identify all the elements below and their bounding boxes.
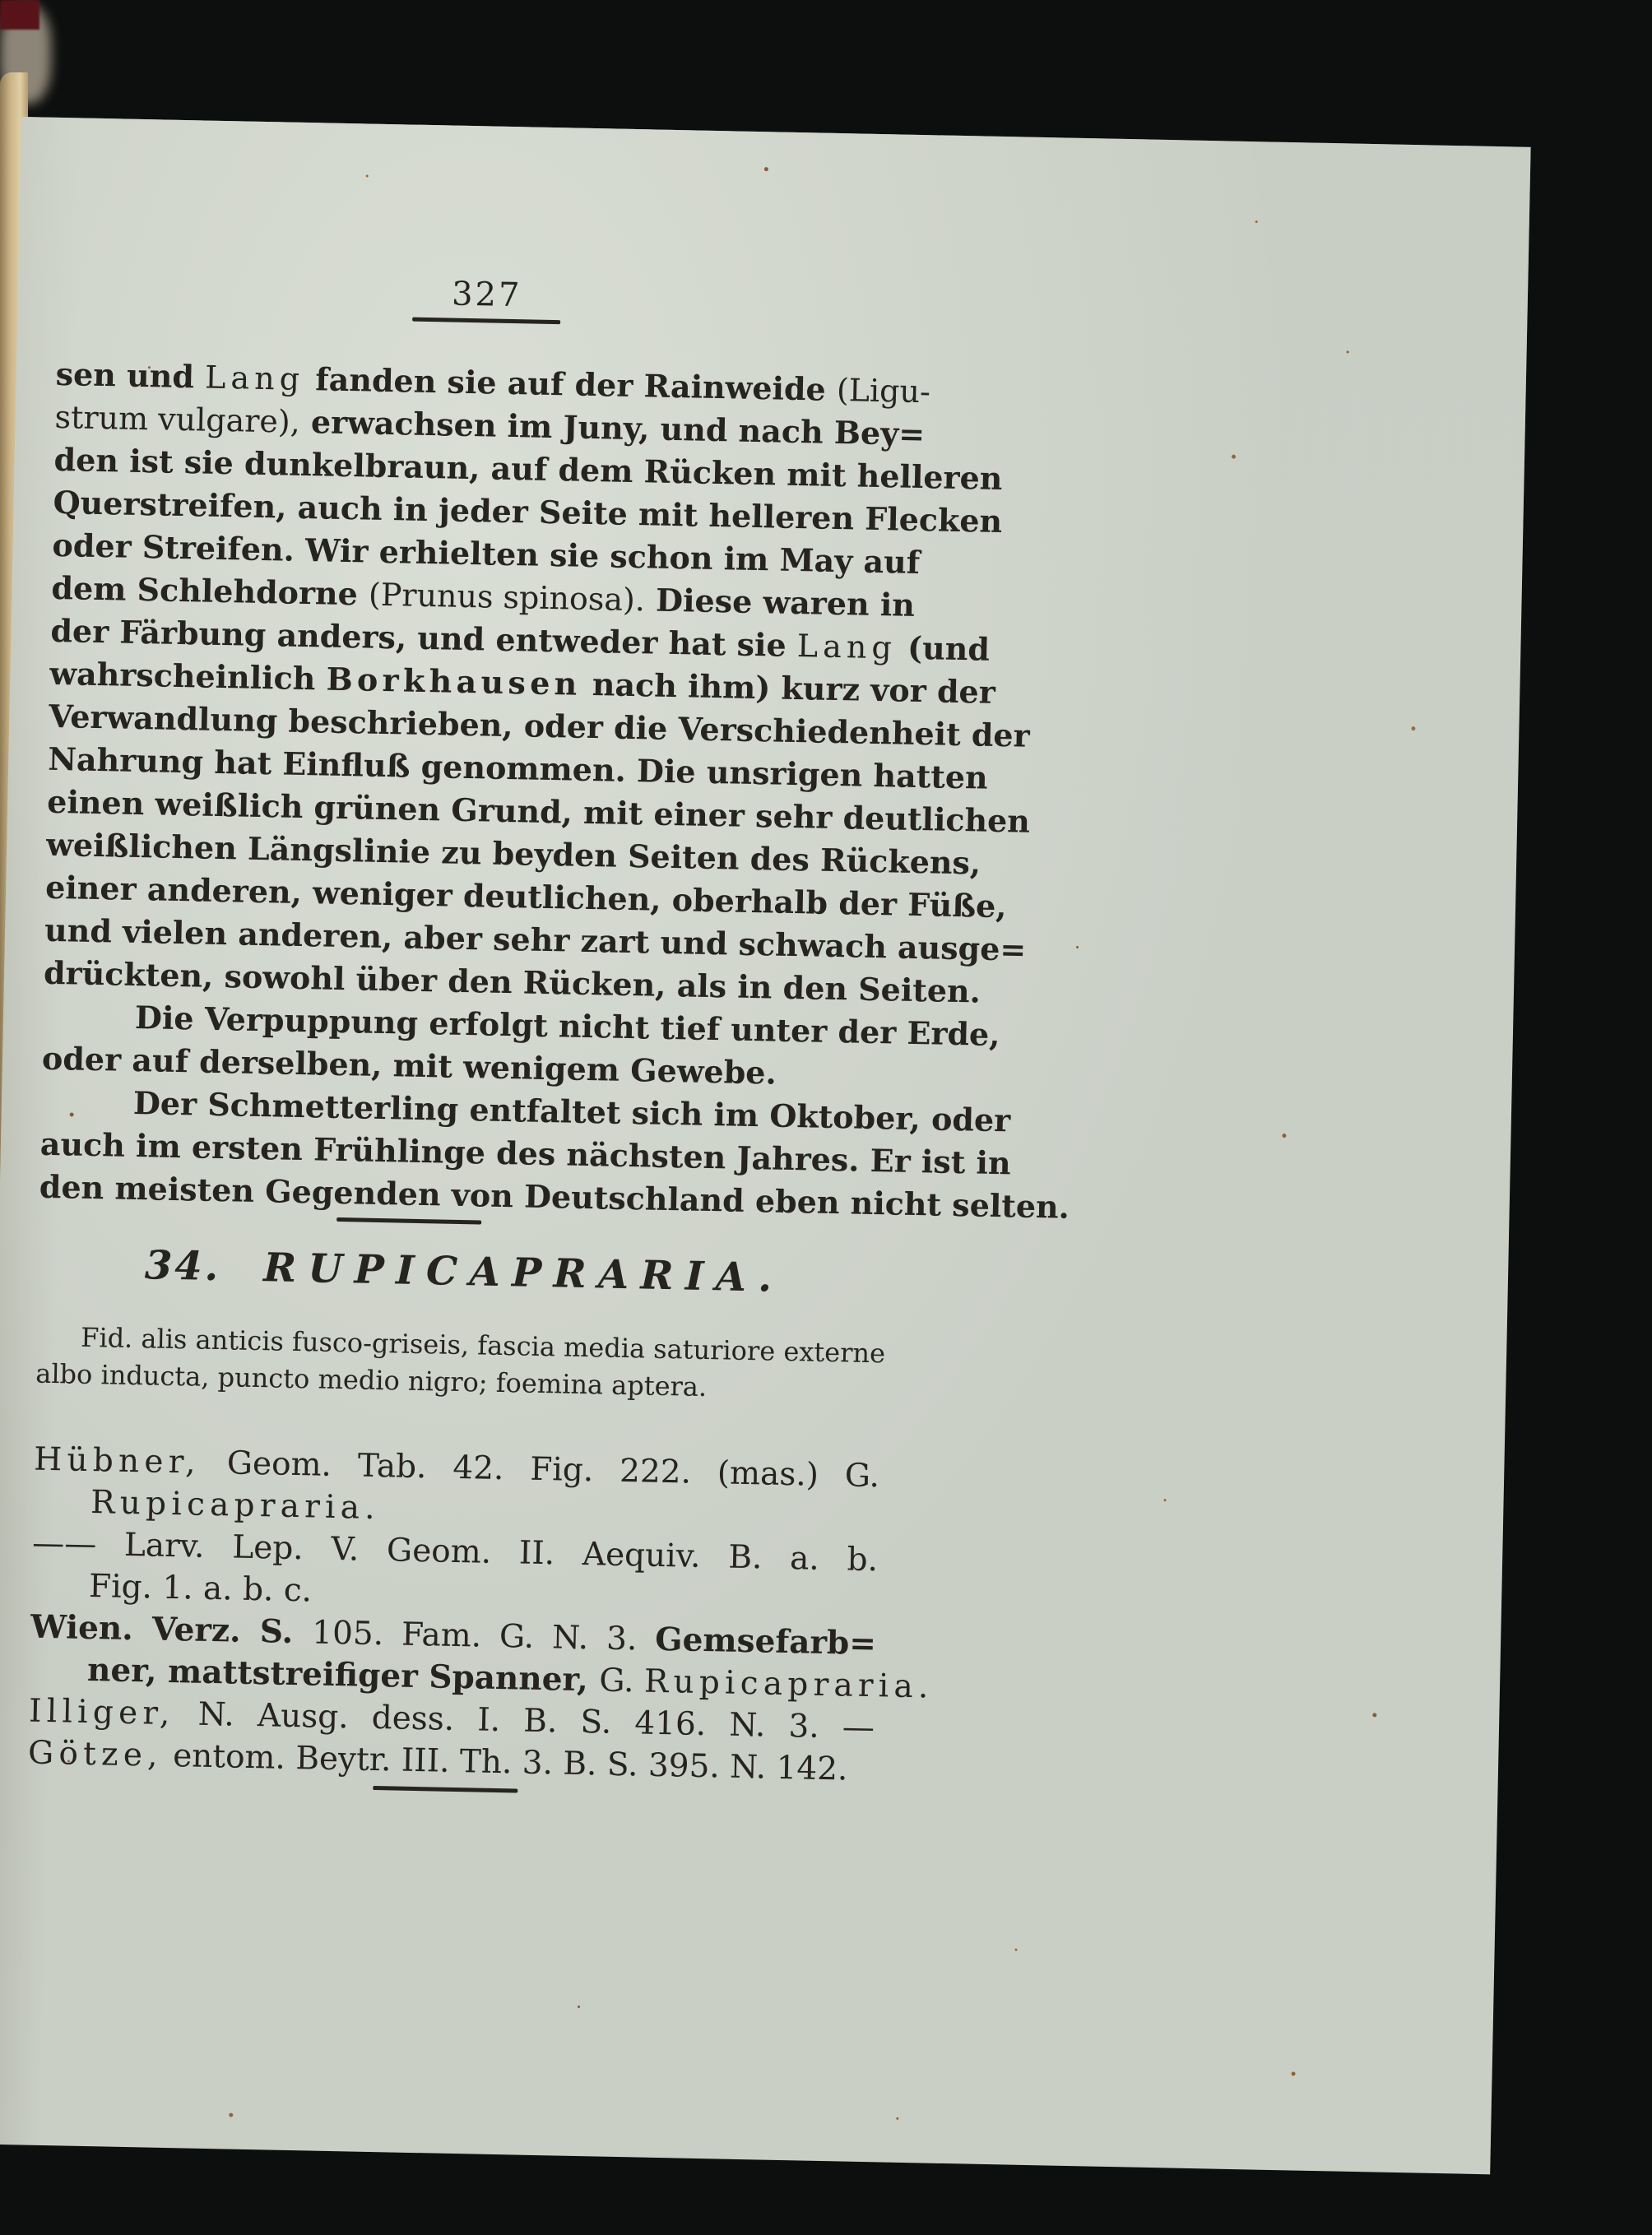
book-binding-red-edge — [0, 0, 39, 30]
text-segment: Hübner, — [34, 1441, 202, 1481]
text-segment: Rupicapraria. — [643, 1663, 934, 1706]
scan-background: 327 sen und Lang fanden sie auf der Rain… — [0, 0, 1652, 2235]
text-segment: G. — [599, 1662, 644, 1699]
paper-specks — [21, 117, 24, 119]
text-segment: Lang — [205, 359, 305, 397]
page-number-underline — [412, 318, 560, 325]
page-number-block: 327 — [379, 274, 594, 325]
species-heading: 34.RUPICAPRARIA. — [37, 1240, 986, 1305]
text-segment: nach ihm) kurz vor der — [581, 665, 995, 711]
text-segment: Rupicapraria. — [90, 1484, 381, 1527]
text-segment: wahrscheinlich — [49, 655, 327, 698]
text-segment: Wien. Verz. S. — [30, 1608, 313, 1652]
species-number: 34. — [144, 1242, 220, 1290]
body-text: sen und Lang fanden sie auf der Rainweid… — [39, 353, 899, 1225]
text-segment: (Prunus spinosa). — [369, 577, 646, 619]
text-segment: sen und — [55, 355, 205, 396]
text-segment: (und — [896, 628, 990, 667]
latin-diagnosis: Fid. alis anticis fusco-griseis, fascia … — [35, 1319, 860, 1409]
text-segment: Götze, — [28, 1735, 164, 1774]
text-segment: Gemsefarb= — [655, 1621, 877, 1662]
species-name: RUPICAPRARIA. — [263, 1245, 784, 1301]
text-segment: Fig. 1. a. b. c. — [89, 1568, 313, 1609]
bibliography: Hübner, Geom. Tab. 42. Fig. 222. (mas.) … — [28, 1439, 880, 1792]
text-segment: dem Schlehdorne — [51, 569, 369, 613]
text-segment: Borkhausen — [326, 661, 582, 702]
section-divider — [336, 1217, 481, 1225]
book-page: 327 sen und Lang fanden sie auf der Rain… — [0, 117, 1531, 2174]
text-segment: Diese waren in — [644, 581, 915, 624]
text-segment: Illiger, — [29, 1693, 175, 1733]
text-segment: ner, mattstreifiger Spanner, — [87, 1651, 600, 1699]
text-segment: (Ligu- — [837, 372, 931, 410]
text-segment: fanden sie auf der Rainweide — [304, 360, 838, 408]
text-segment: Lang — [796, 628, 897, 665]
page-number: 327 — [379, 274, 594, 316]
section-divider — [373, 1786, 517, 1793]
text-segment: strum vulgare), — [54, 399, 300, 440]
text-segment: 105. Fam. G. N. 3. — [312, 1614, 656, 1658]
